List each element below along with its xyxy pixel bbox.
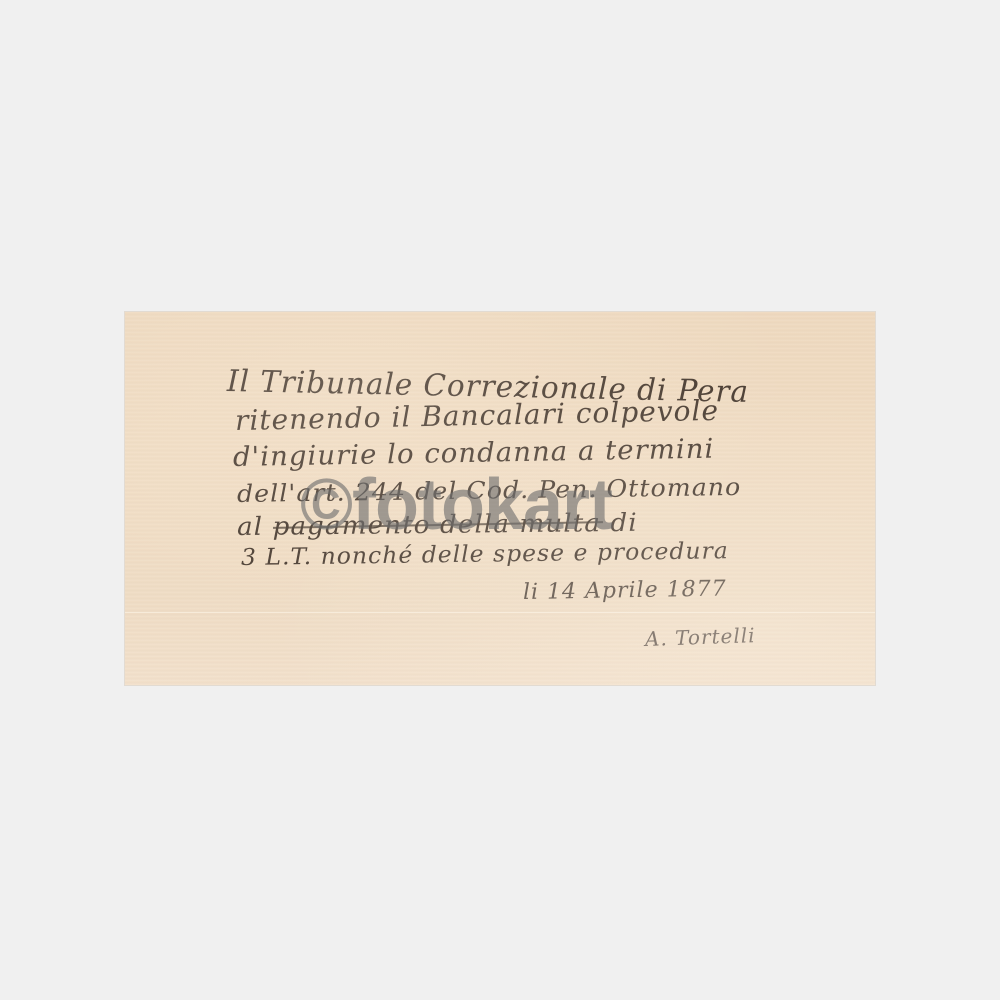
signature: A. Tortelli [645,623,756,651]
copyright-watermark: ©fotokart [300,466,612,544]
date-line: li 14 Aprile 1877 [523,576,727,605]
page-background: Il Tribunale Correzionale di Pera ritene… [0,0,1000,1000]
paper-fold-line [125,612,875,613]
